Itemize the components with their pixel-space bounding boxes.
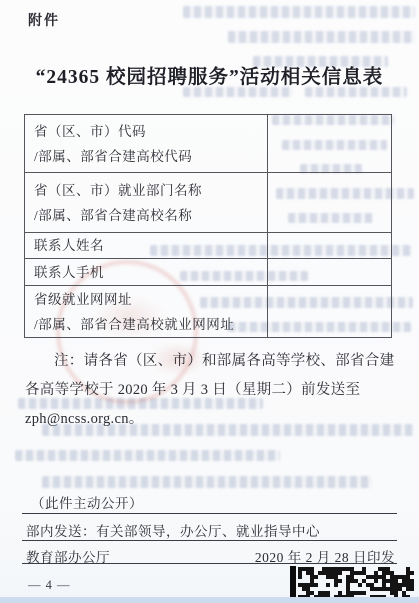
page-number: — 4 — [28,578,71,593]
row-label-line: /部属、部省合建高校代码 [34,144,267,169]
footer-divider [22,563,397,564]
table-row: 联系人手机 [25,259,391,286]
table-row: 省（区、市）就业部门名称 /部属、部省合建高校名称 [25,173,391,233]
bleed-through-line [228,31,415,43]
row-value-cell [268,173,391,232]
row-value-cell [268,286,391,338]
row-label-line: 省（区、市）代码 [34,119,267,144]
attachment-label: 附件 [28,10,60,30]
table-row: 省（区、市）代码 /部属、部省合建高校代码 [25,115,391,173]
note-text: 注：请各省（区、市）和部属各高等学校、部省合建各高等学校于 2020 年 3 月… [25,347,397,434]
row-label-line: /部属、部省合建高校就业网网址 [34,312,267,337]
row-label-line: 联系人手机 [34,260,267,285]
row-value-cell [268,233,391,258]
scanned-document-page: 附件 “24365 校园招聘服务”活动相关信息表 省（区、市）代码 /部属、部省… [0,0,419,603]
row-label-cell: 省级就业网网址 /部属、部省合建高校就业网网址 [25,286,268,338]
bleed-through-line [183,6,415,18]
row-label-line: /部属、部省合建高校名称 [34,203,267,228]
document-title: “24365 校园招聘服务”活动相关信息表 [0,61,419,89]
footer-divider [22,513,397,514]
info-table: 省（区、市）代码 /部属、部省合建高校代码 省（区、市）就业部门名称 /部属、部… [24,114,392,338]
barcode [290,566,415,601]
distribution-line: 部内发送：有关部领导，办公厅、就业指导中心 [26,520,320,540]
row-label-line: 省级就业网网址 [34,287,267,312]
row-value-cell [268,259,391,285]
row-value-cell [268,115,391,172]
barcode-pattern [290,566,415,601]
bleed-through-line [15,450,280,461]
row-label-cell: 省（区、市）代码 /部属、部省合建高校代码 [25,115,268,172]
row-label-line: 联系人姓名 [34,233,267,258]
row-label-cell: 省（区、市）就业部门名称 /部属、部省合建高校名称 [25,173,268,232]
scan-edge-strip [0,597,419,603]
row-label-cell: 联系人手机 [25,259,268,285]
bleed-through-line [42,476,372,488]
table-row: 联系人姓名 [25,233,391,259]
footer-divider [22,540,397,541]
row-label-line: 省（区、市）就业部门名称 [34,178,267,203]
row-label-cell: 联系人姓名 [25,233,268,258]
table-row: 省级就业网网址 /部属、部省合建高校就业网网址 [25,286,391,338]
public-disclosure-note: （此件主动公开） [31,492,143,512]
